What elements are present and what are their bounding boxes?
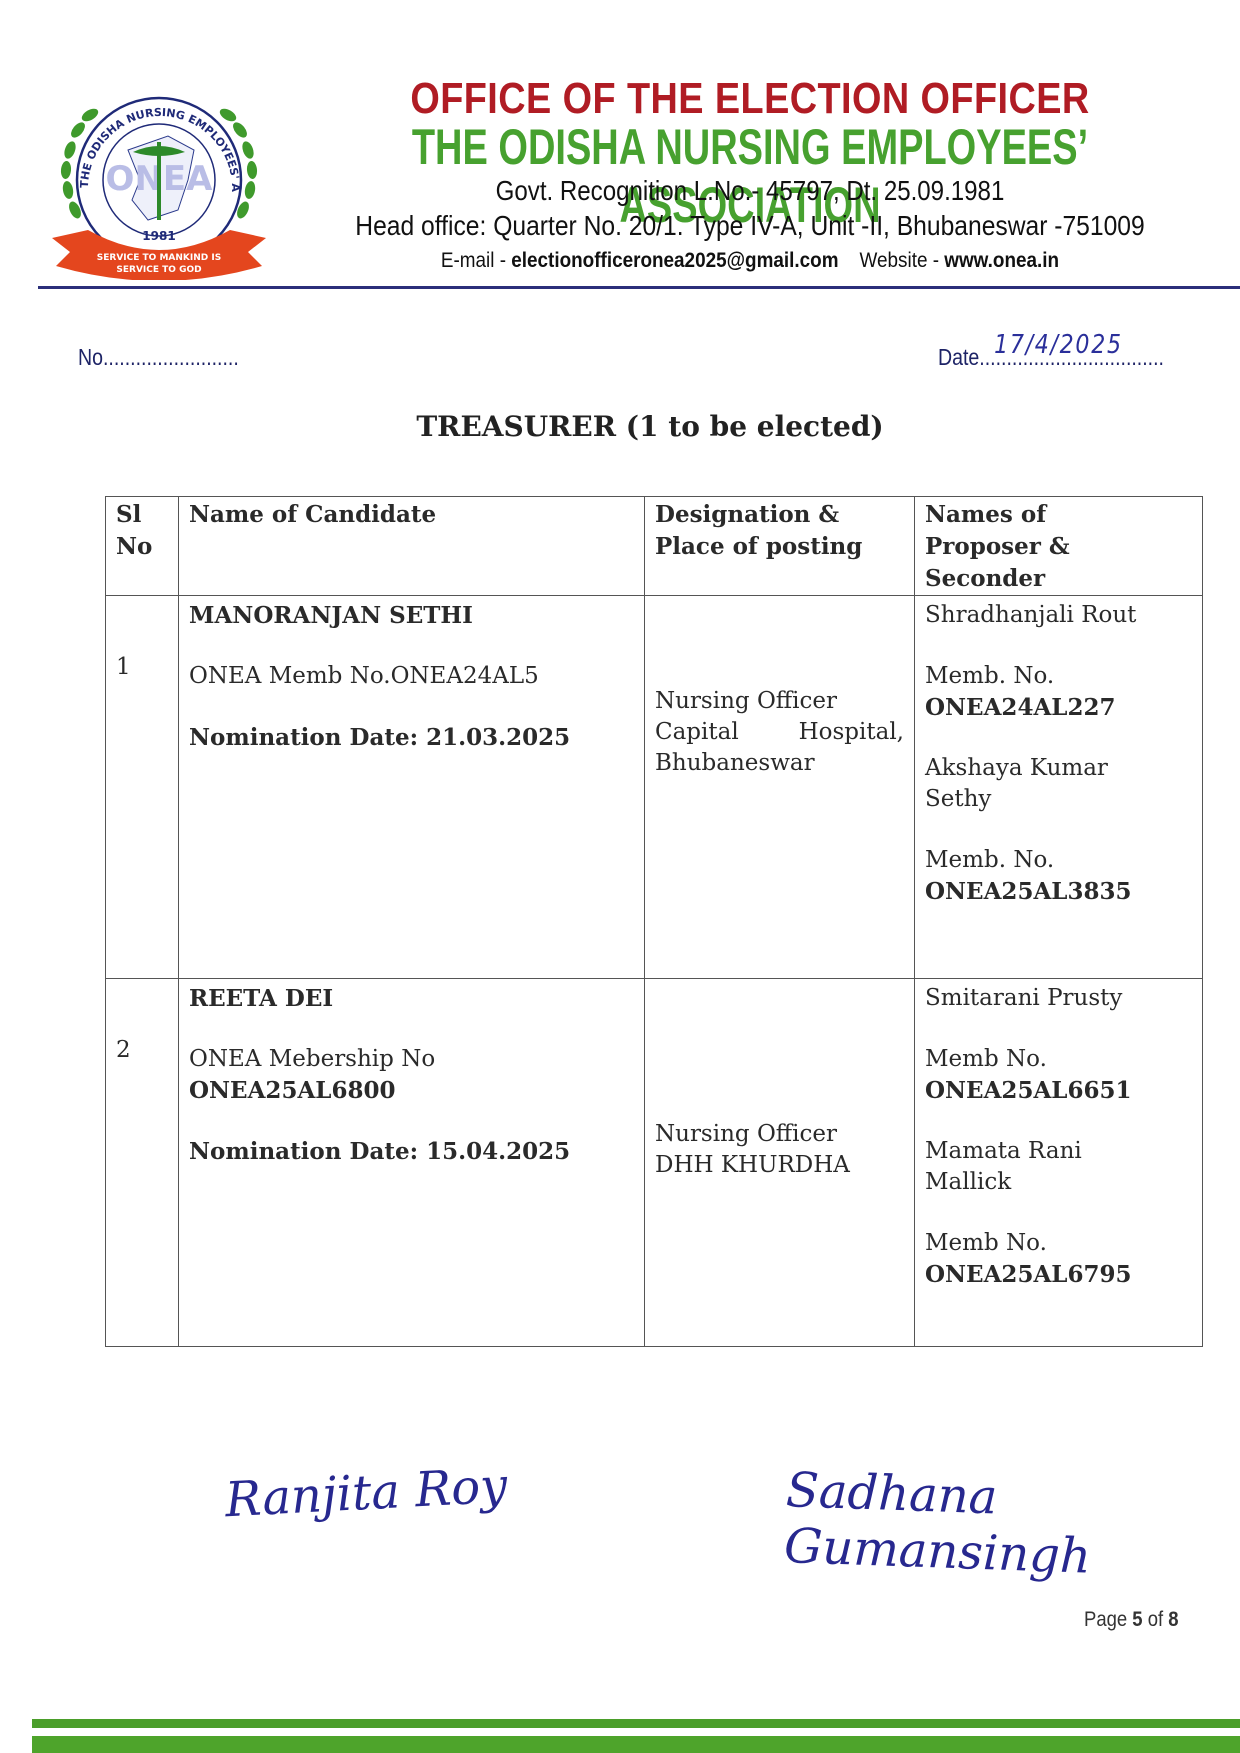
proposer-seconder-cell: Shradhanjali Rout Memb. No. ONEA24AL227 … <box>915 596 1203 979</box>
candidate-cell: REETA DEI ONEA Mebership No ONEA25AL6800… <box>179 979 645 1347</box>
place-of-posting: DHH KHURDHA <box>655 1150 904 1181</box>
serial-number: 2 <box>106 979 179 1347</box>
footer-band-thick <box>32 1736 1240 1753</box>
seconder-memb-number: ONEA25AL6795 <box>925 1259 1192 1290</box>
svg-text:SERVICE TO MANKIND IS: SERVICE TO MANKIND IS <box>97 253 221 263</box>
table-row: 1 MANORANJAN SETHI ONEA Memb No.ONEA24AL… <box>106 596 1203 979</box>
proposer-name: Smitarani Prusty <box>925 983 1192 1014</box>
seconder-memb-number: ONEA25AL3835 <box>925 876 1192 907</box>
email-link[interactable]: electionofficeronea2025@gmail.com <box>511 249 838 272</box>
seconder-name: Akshaya KumarSethy <box>925 753 1192 815</box>
office-title: OFFICE OF THE ELECTION OFFICER <box>346 74 1154 124</box>
seconder-name: Mamata RaniMallick <box>925 1136 1192 1198</box>
header-sl-no: SlNo <box>106 497 179 596</box>
table-row: 2 REETA DEI ONEA Mebership No ONEA25AL68… <box>106 979 1203 1347</box>
email-label: E-mail - <box>441 249 511 272</box>
website-link[interactable]: www.onea.in <box>944 249 1059 272</box>
handwritten-date: 17/4/2025 <box>994 330 1123 360</box>
header-divider <box>38 286 1240 289</box>
onea-logo: THE ODISHA NURSING EMPLOYEES' ASSOCIATIO… <box>48 70 270 280</box>
designation-cell: Nursing Officer CapitalHospital, Bhubane… <box>645 596 915 979</box>
footer-band-thin <box>32 1719 1240 1728</box>
seconder-memb-label: Memb No. <box>925 1228 1192 1259</box>
header-proposer-seconder: Names ofProposer &Seconder <box>915 497 1203 596</box>
proposer-name: Shradhanjali Rout <box>925 600 1192 631</box>
place-of-posting-city: Bhubaneswar <box>655 748 904 779</box>
membership-number: ONEA Memb No.ONEA24AL5 <box>189 661 634 692</box>
contact-line: E-mail - electionofficeronea2025@gmail.c… <box>327 249 1173 273</box>
table-header-row: SlNo Name of Candidate Designation &Plac… <box>106 497 1203 596</box>
website-label: Website - <box>860 249 945 272</box>
membership-number: ONEA25AL6800 <box>189 1075 634 1106</box>
svg-text:1981: 1981 <box>142 229 175 243</box>
serial-number: 1 <box>106 596 179 979</box>
candidate-name: MANORANJAN SETHI <box>189 600 634 631</box>
proposer-memb-number: ONEA24AL227 <box>925 692 1192 723</box>
nomination-date: Nomination Date: 15.04.2025 <box>189 1136 634 1167</box>
header-candidate-name: Name of Candidate <box>179 497 645 596</box>
candidate-cell: MANORANJAN SETHI ONEA Memb No.ONEA24AL5 … <box>179 596 645 979</box>
reference-number: No......................... <box>78 344 239 371</box>
signature-right: Sadhana Gumansingh <box>783 1462 1240 1590</box>
signature-left: Ranjita Roy <box>224 1458 509 1529</box>
svg-text:SERVICE TO GOD: SERVICE TO GOD <box>116 265 201 275</box>
candidates-table: SlNo Name of Candidate Designation &Plac… <box>105 496 1203 1347</box>
nomination-date: Nomination Date: 21.03.2025 <box>189 722 634 753</box>
place-of-posting: CapitalHospital, <box>655 717 904 748</box>
page-number: Page 5 of 8 <box>1084 1608 1179 1632</box>
seconder-memb-label: Memb. No. <box>925 845 1192 876</box>
post-title: TREASURER (1 to be elected) <box>0 410 1240 443</box>
proposer-memb-label: Memb No. <box>925 1044 1192 1075</box>
proposer-memb-number: ONEA25AL6651 <box>925 1075 1192 1106</box>
proposer-memb-label: Memb. No. <box>925 661 1192 692</box>
membership-label: ONEA Mebership No <box>189 1044 634 1075</box>
designation: Nursing Officer <box>655 686 904 717</box>
reference-date: Date.................................. 1… <box>938 344 1164 371</box>
candidate-name: REETA DEI <box>189 983 634 1014</box>
designation-cell: Nursing Officer DHH KHURDHA <box>645 979 915 1347</box>
head-office-address: Head office: Quarter No. 20/1. Type IV-A… <box>328 210 1173 242</box>
govt-recognition: Govt. Recognition L.No.- 45797, Dt. 25.0… <box>346 175 1154 207</box>
header-designation: Designation &Place of posting <box>645 497 915 596</box>
designation: Nursing Officer <box>655 1119 904 1150</box>
proposer-seconder-cell: Smitarani Prusty Memb No. ONEA25AL6651 M… <box>915 979 1203 1347</box>
